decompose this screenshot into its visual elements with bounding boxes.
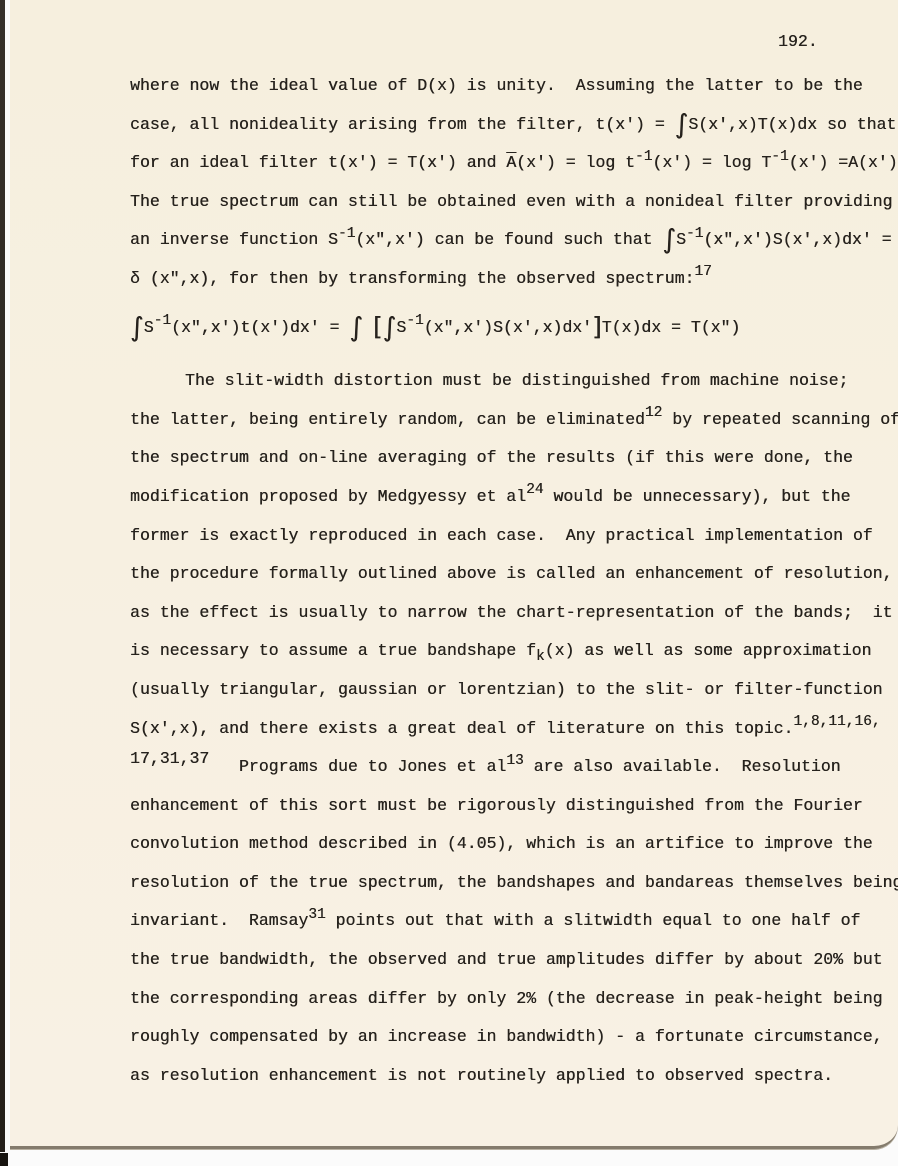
text-segment: S [396,318,406,337]
text-segment: (x') =A(x'). [789,153,898,172]
text-segment: 17 [694,264,711,280]
text-segment: (x) as well as some approximation [545,641,872,660]
text-line: the procedure formally outlined above is… [130,555,898,594]
text-segment: as resolution enhancement is not routine… [130,1066,833,1085]
text-line: The slit-width distortion must be distin… [130,362,898,401]
text-segment: points out that with a slitwidth equal t… [326,911,861,930]
integral-sign: ∫ [675,109,689,140]
text-segment: -1 [338,226,355,242]
text-segment: the true bandwidth, the observed and tru… [130,950,883,969]
text-line: enhancement of this sort must be rigorou… [130,787,898,826]
text-segment: resolution of the true spectrum, the ban… [130,873,898,892]
text-line: the true bandwidth, the observed and tru… [130,941,898,980]
text-line: S(x',x), and there exists a great deal o… [130,710,898,749]
integral-sign: ∫ [383,312,397,343]
integral-sign: ∫ [662,224,676,255]
text-segment: enhancement of this sort must be rigorou… [130,796,863,815]
text-segment: (x",x')t(x')dx' = [171,318,349,337]
text-line: roughly compensated by an increase in ba… [130,1018,898,1057]
text-segment: -1 [406,313,423,329]
text-segment: -1 [771,149,788,165]
integral-sign: ∫ [349,312,363,343]
text-line: convolution method described in (4.05), … [130,825,898,864]
text-segment: (x",x')S(x',x)dx' = [703,230,891,249]
text-segment: (x') = log t [516,153,635,172]
text-segment: the spectrum and on-line averaging of th… [130,448,853,467]
text-segment: is necessary to assume a true bandshape … [130,641,536,660]
text-segment [363,318,373,337]
text-line: resolution of the true spectrum, the ban… [130,864,898,903]
text-segment: 1,8,11,16, [793,714,880,730]
text-segment: would be unnecessary), but the [544,487,851,506]
text-segment: (x') = log T [652,153,771,172]
text-segment: an inverse function S [130,230,338,249]
text-segment: for an ideal filter t(x') = T(x') and [130,153,506,172]
scan-left-edge [0,0,5,1152]
text-line: invariant. Ramsay31 points out that with… [130,902,898,941]
text-segment: S(x',x), and there exists a great deal o… [130,719,793,738]
text-segment: modification proposed by Medgyessy et al [130,487,526,506]
equation-line: ∫S-1(x",x')t(x')dx' = ∫ [∫S-1(x",x')S(x'… [130,309,898,348]
text-line: as the effect is usually to narrow the c… [130,594,898,633]
text-segment: δ (x",x), for then by transforming the o… [130,269,694,288]
integral-sign: ∫ [130,312,144,343]
text-line: the spectrum and on-line averaging of th… [130,439,898,478]
text-segment: (x",x')S(x',x)dx' [424,318,592,337]
document-page: 192. where now the ideal value of D(x) i… [10,0,898,1149]
text-segment: where now the ideal value of D(x) is uni… [130,76,863,95]
text-segment: T(x)dx = T(x") [602,318,741,337]
text-segment: are also available. Resolution [524,757,841,776]
text-segment: as the effect is usually to narrow the c… [130,603,892,622]
text-segment: -1 [154,313,171,329]
scan-corner-mark [0,1153,8,1166]
text-segment: convolution method described in (4.05), … [130,834,873,853]
text-line: is necessary to assume a true bandshape … [130,632,898,671]
text-segment: [ [373,312,383,341]
text-segment: 13 [506,753,523,769]
text-segment: the corresponding areas differ by only 2… [130,989,883,1008]
text-line: an inverse function S-1(x",x') can be fo… [130,221,898,260]
text-segment: -1 [635,149,652,165]
text-line: The true spectrum can still be obtained … [130,183,898,222]
text-segment: S [144,318,154,337]
text-line: for an ideal filter t(x') = T(x') and A(… [130,144,898,183]
text-line: (usually triangular, gaussian or lorentz… [130,671,898,710]
text-segment: 12 [645,405,662,421]
page-body: where now the ideal value of D(x) is uni… [130,67,898,1095]
text-line: case, all nonideality arising from the f… [130,106,898,145]
text-segment: roughly compensated by an increase in ba… [130,1027,883,1046]
text-segment: 24 [526,482,543,498]
text-line: 17,31,37 Programs due to Jones et al13 a… [130,748,898,787]
text-segment: former is exactly reproduced in each cas… [130,526,873,545]
text-segment: ] [592,312,602,341]
text-segment: k [536,649,545,665]
text-line: the corresponding areas differ by only 2… [130,980,898,1019]
text-segment: by repeated scanning of [662,410,898,429]
text-segment: The slit-width distortion must be distin… [185,371,848,390]
text-segment: (usually triangular, gaussian or lorentz… [130,680,883,699]
text-line: δ (x",x), for then by transforming the o… [130,260,898,299]
text-segment: 31 [308,907,325,923]
text-segment: S [676,230,686,249]
text-line: where now the ideal value of D(x) is uni… [130,67,898,106]
text-line: as resolution enhancement is not routine… [130,1057,898,1096]
text-segment: A [506,153,516,172]
text-segment: Programs due to Jones et al [209,757,506,776]
text-segment: The true spectrum can still be obtained … [130,192,892,211]
page-number: 192. [778,32,818,51]
text-segment: the latter, being entirely random, can b… [130,410,645,429]
text-segment: invariant. Ramsay [130,911,308,930]
text-segment: (x",x') can be found such that [355,230,662,249]
text-segment: -1 [686,226,703,242]
text-segment: 17,31,37 [130,749,209,768]
text-line: former is exactly reproduced in each cas… [130,517,898,556]
text-segment: S(x',x)T(x)dx so that [688,115,896,134]
text-segment: the procedure formally outlined above is… [130,564,892,583]
text-line: modification proposed by Medgyessy et al… [130,478,898,517]
text-line: the latter, being entirely random, can b… [130,401,898,440]
text-segment: case, all nonideality arising from the f… [130,115,675,134]
